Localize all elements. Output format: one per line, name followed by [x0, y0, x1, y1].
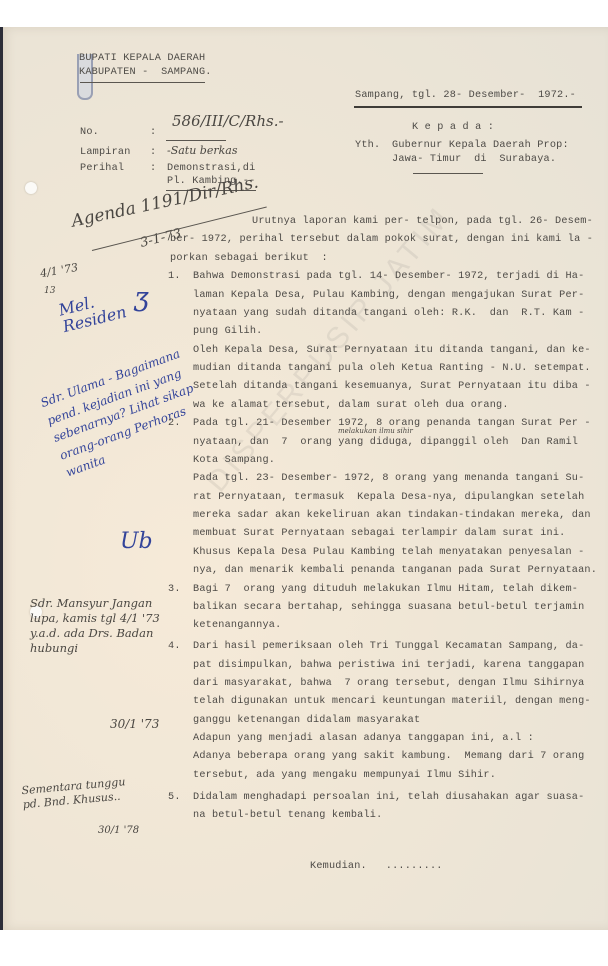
- perihal-value-line1: Demonstrasi,di: [167, 164, 255, 174]
- item-line: pat disimpulkan, bahwa peristiwa ini ter…: [193, 661, 584, 671]
- letterhead-line2: KABUPATEN - SAMPANG.: [79, 68, 212, 78]
- item-line: Oleh Kepala Desa, Surat Pernyataan itu d…: [193, 346, 591, 356]
- item-number: 3.: [168, 585, 181, 595]
- item-line: Khusus Kepala Desa Pulau Kambing telah m…: [193, 548, 584, 558]
- item-line: Bagi 7 orang yang dituduh melakukan Ilmu…: [193, 585, 578, 595]
- item-line: tersebut, ada yang mengaku mempunyai Ilm…: [193, 771, 496, 781]
- item-line: rat Pernyataan, termasuk Kepala Desa-nya…: [193, 493, 584, 503]
- item-line: ganggu ketenangan didalam masyarakat: [193, 716, 420, 726]
- item-line: Pada tgl. 23- Desember- 1972, 8 orang ya…: [193, 474, 584, 484]
- intro-line: ber- 1972, perihal tersebut dalam pokok …: [170, 235, 593, 245]
- letterhead-underline: [80, 82, 205, 83]
- item-line: Dari hasil pemeriksaan oleh Tri Tunggal …: [193, 642, 584, 652]
- no-underline: [166, 140, 226, 141]
- lampiran-label: Lampiran: [80, 148, 131, 158]
- no-label: No.: [80, 128, 99, 138]
- item-line: ketenangannya.: [193, 621, 281, 631]
- item-number: 5.: [168, 793, 181, 803]
- letter-date: Sampang, tgl. 28- Desember- 1972.-: [355, 91, 576, 101]
- item-line: mereka sadar akan kekeliruan akan tindak…: [193, 511, 591, 521]
- item-number: 4.: [168, 642, 181, 652]
- date-underline: [354, 106, 582, 108]
- item-line: wa ke alamat tersebut, dalam surat oleh …: [193, 401, 509, 411]
- item-line: na betul-betul tenang kembali.: [193, 811, 382, 821]
- no-value: 586/III/C/Rhs.-: [172, 114, 284, 130]
- item-line: Didalam menghadapi persoalan ini, telah …: [193, 793, 584, 803]
- margin-code: 13: [44, 287, 55, 296]
- continuation-text: Kemudian. .........: [310, 862, 443, 872]
- gray-annotation-date: 30/1 '73: [110, 718, 159, 731]
- item-line: dari masyarakat, bahwa 7 orang tersebut,…: [193, 679, 584, 689]
- item-line: nya, dan menarik kembali penanda tangana…: [193, 566, 597, 576]
- blue-initial-mark: Ʒ: [134, 290, 149, 317]
- colon: :: [150, 164, 156, 174]
- intro-line: Urutnya laporan kami per- telpon, pada t…: [252, 217, 593, 227]
- recipient-line2: Jawa- Timur di Surabaya.: [392, 155, 556, 165]
- blue-signature: Ub: [120, 530, 153, 553]
- colon: :: [150, 128, 156, 138]
- item-number: 2.: [168, 419, 181, 429]
- recipient-line1: Gubernur Kepala Daerah Prop:: [392, 141, 569, 151]
- item-line: Setelah ditanda tangani kesemuanya, Sura…: [193, 382, 591, 392]
- gray-annotation-date-2: 30/1 '78: [98, 826, 139, 837]
- item-line: Bahwa Demonstrasi pada tgl. 14- Desember…: [193, 272, 608, 282]
- gray-annotation-note: Sdr. Mansyur Jangan lupa, kamis tgl 4/1 …: [30, 596, 170, 656]
- lampiran-value: -Satu berkas: [167, 145, 238, 157]
- item-line: Adapun yang menjadi alasan adanya tangga…: [193, 734, 534, 744]
- item-line: Adanya beberapa orang yang sakit kambung…: [193, 752, 584, 762]
- colon: :: [150, 148, 156, 158]
- punch-hole: [25, 182, 37, 194]
- item-line: pung Gilih.: [193, 327, 262, 337]
- intro-line: porkan sebagai berikut :: [170, 254, 328, 264]
- item-line: telah digunakan untuk mencari keuntungan…: [193, 697, 591, 707]
- item-line: balikan secara bertahap, sehingga suasan…: [193, 603, 584, 613]
- item-line: mudian ditanda tangani pula oleh Ketua R…: [193, 364, 591, 374]
- item-number: 1.: [168, 272, 181, 282]
- item-1: Bahwa Demonstrasi pada tgl. 14- Desember…: [193, 272, 608, 282]
- interlinear-note: melakukan ilmu sihir: [338, 428, 413, 435]
- item-line: membuat Surat Pernyataan sebagai terlamp…: [193, 529, 566, 539]
- letterhead-line1: BUPATI KEPALA DAERAH: [79, 54, 205, 64]
- kepada-label: K e p a d a :: [412, 123, 494, 133]
- yth-label: Yth.: [355, 141, 380, 151]
- item-line: Kota Sampang.: [193, 456, 275, 466]
- perihal-label: Perihal: [80, 164, 124, 174]
- item-line: nyataan, dan 7 orang yang diduga, dipang…: [193, 438, 578, 448]
- item-line: laman Kepala Desa, Pulau Kambing, dengan…: [193, 291, 584, 301]
- item-line: nyataan yang sudah ditanda tangani oleh:…: [193, 309, 584, 319]
- recipient-underline: [413, 173, 483, 174]
